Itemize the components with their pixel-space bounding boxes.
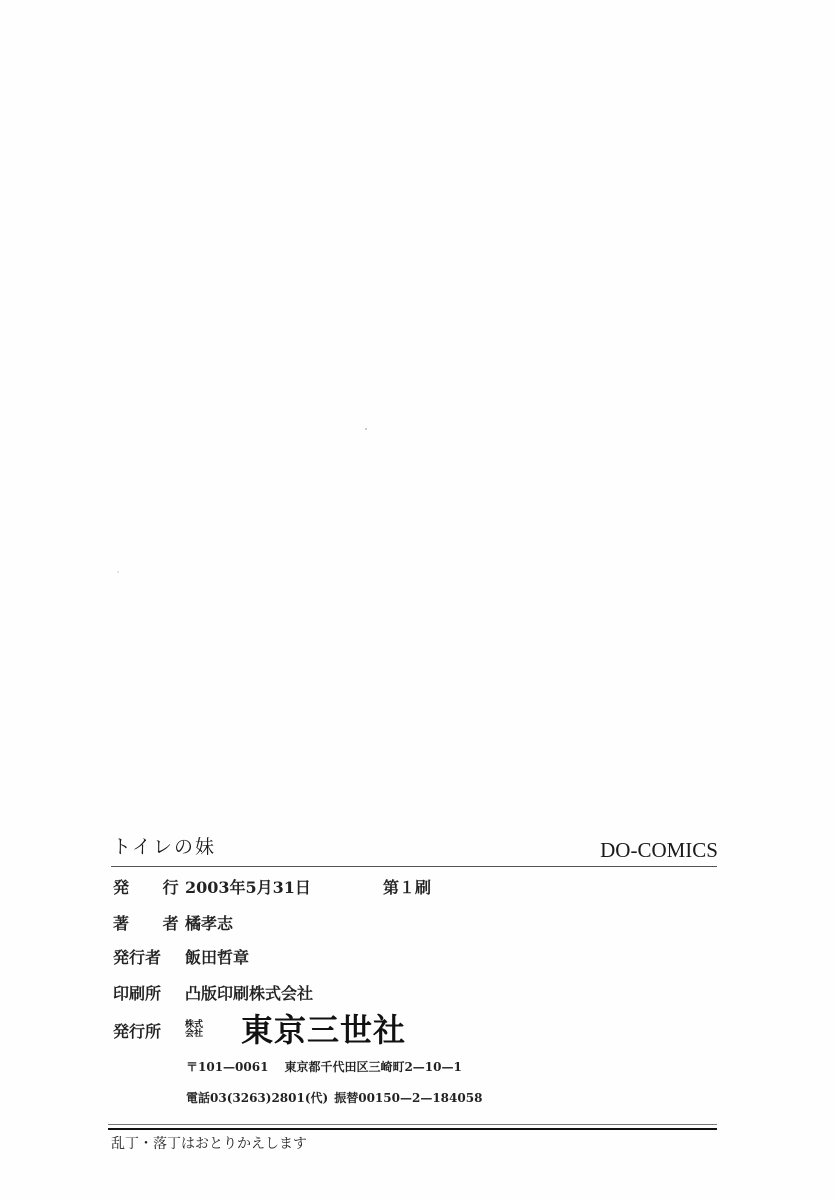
series-name: DO-COMICS [600, 838, 718, 863]
bottom-rule-thin [108, 1124, 717, 1125]
publishing-house-row: 発行所 株式 会社 東京三世社 [113, 1012, 406, 1048]
replacement-notice: 乱丁・落丁はおとりかえします [111, 1133, 307, 1153]
book-title: トイレの妹 [112, 832, 216, 859]
postal-code: 〒101—0061 [186, 1060, 268, 1074]
corporation-prefix-bottom: 会社 [185, 1030, 203, 1039]
publisher-contact: 電話03(3263)2801(代)振替00150—2—184058 [186, 1089, 482, 1106]
publication-date-value: 2003年5月31日 [185, 875, 311, 898]
transfer-account: 振替00150—2—184058 [334, 1091, 482, 1105]
bottom-rule-thick [108, 1128, 717, 1130]
phone-number: 電話03(3263)2801(代) [186, 1091, 328, 1105]
publisher-person-label: 発行者 [113, 945, 185, 968]
printer-row: 印刷所 凸版印刷株式会社 [113, 980, 313, 1004]
publishing-house-name: 東京三世社 [241, 1012, 406, 1048]
top-rule-divider [111, 866, 717, 867]
corporation-prefix: 株式 会社 [185, 1021, 203, 1039]
street-address: 東京都千代田区三崎町2—10—1 [284, 1060, 461, 1074]
author-label: 著 者 [113, 911, 185, 934]
printer-value: 凸版印刷株式会社 [185, 981, 313, 1004]
publisher-person-value: 飯田哲章 [185, 945, 249, 968]
colophon-block: トイレの妹 DO-COMICS 発 行 2003年5月31日 第１刷 著 者 橘… [0, 0, 835, 1200]
publication-date-label: 発 行 [113, 875, 185, 898]
publishing-house-label: 発行所 [113, 1019, 185, 1042]
publisher-person-row: 発行者 飯田哲章 [113, 944, 249, 968]
printing-edition: 第１刷 [383, 874, 431, 898]
colophon-page: トイレの妹 DO-COMICS 発 行 2003年5月31日 第１刷 著 者 橘… [0, 0, 835, 1200]
author-row: 著 者 橘孝志 [113, 910, 233, 934]
publication-date-row: 発 行 2003年5月31日 [113, 874, 311, 898]
author-value: 橘孝志 [185, 911, 233, 934]
publisher-address: 〒101—0061東京都千代田区三崎町2—10—1 [186, 1058, 462, 1075]
printer-label: 印刷所 [113, 981, 185, 1004]
